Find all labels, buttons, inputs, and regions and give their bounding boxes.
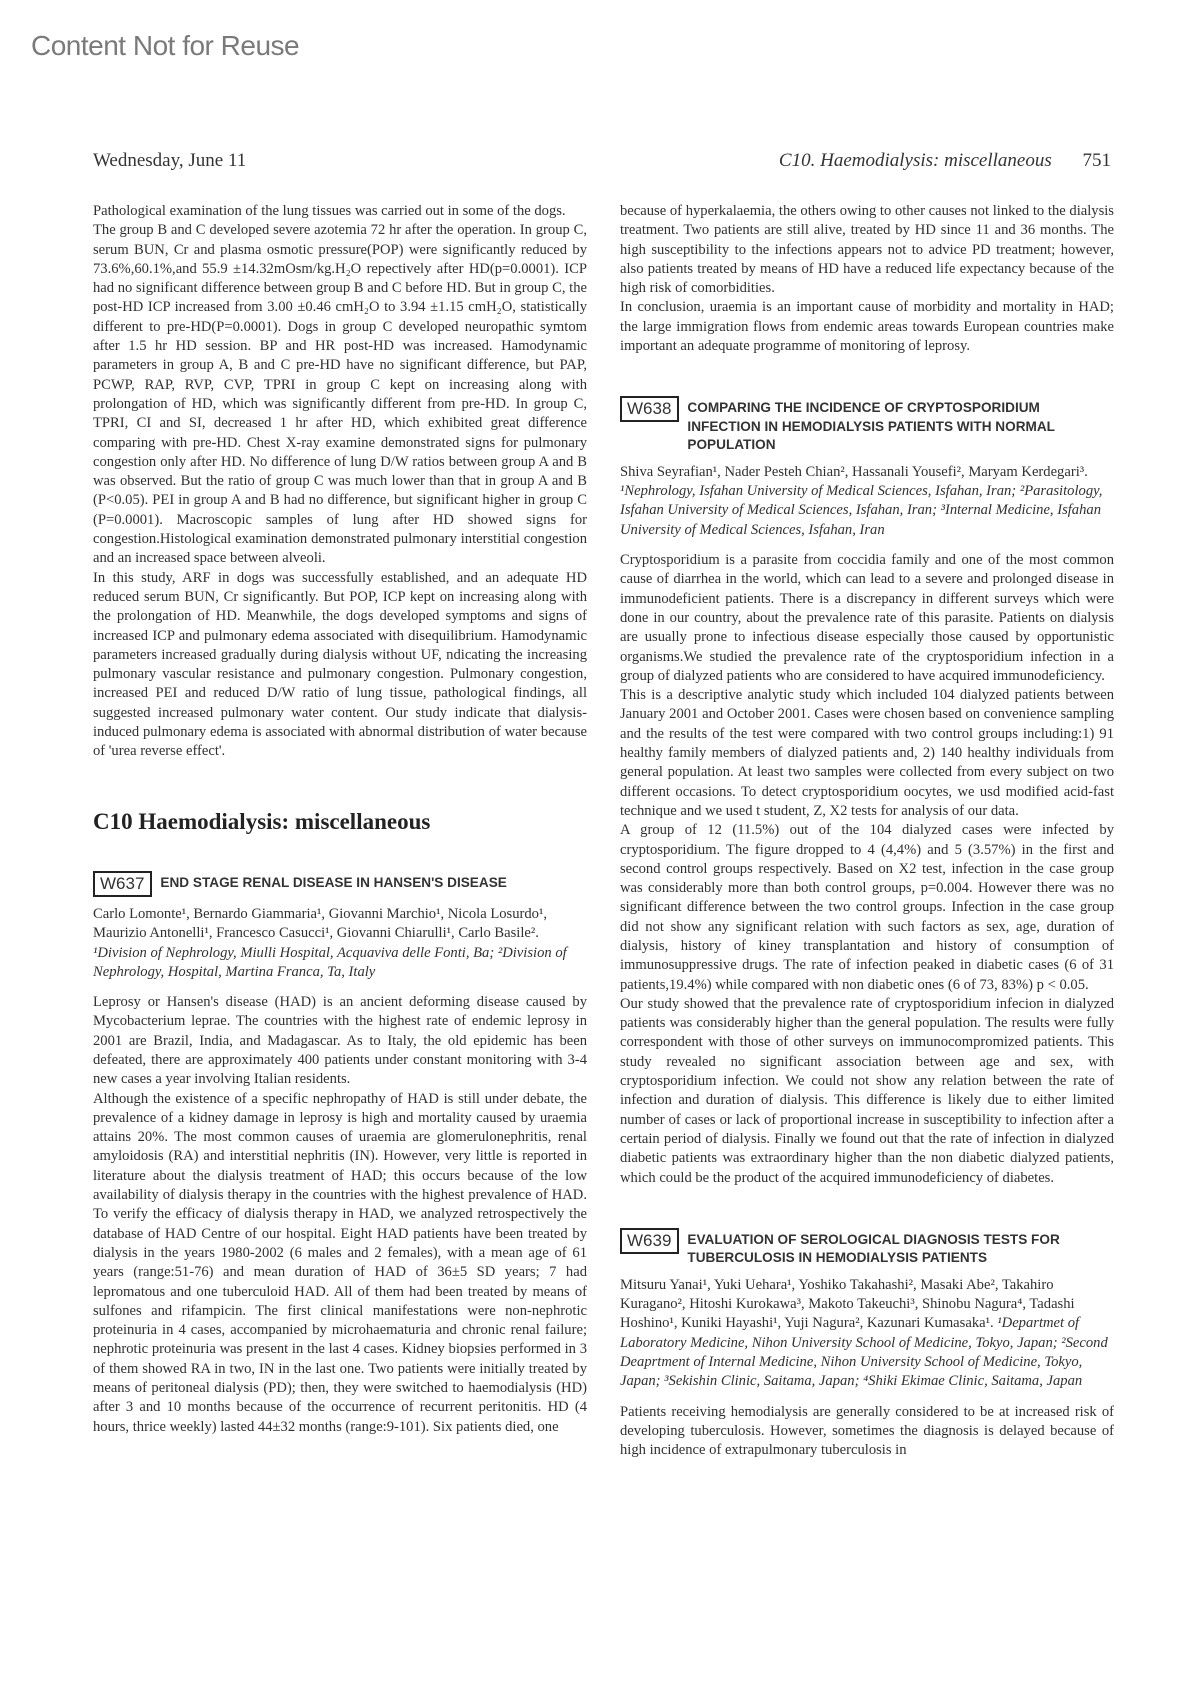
abstract-id-box: W639 xyxy=(620,1228,679,1254)
abstract-paragraph: Although the existence of a specific nep… xyxy=(93,1090,587,1437)
left-column: Pathological examination of the lung tis… xyxy=(93,202,587,1437)
abstract-id-box: W637 xyxy=(93,871,152,897)
author-block: Shiva Seyrafian¹, Nader Pesteh Chian², H… xyxy=(620,463,1114,540)
abstract-w637: W637 END STAGE RENAL DISEASE IN HANSEN'S… xyxy=(93,871,587,1437)
abstract-paragraph: This is a descriptive analytic study whi… xyxy=(620,686,1114,821)
abstract-w639: W639 EVALUATION OF SEROLOGICAL DIAGNOSIS… xyxy=(620,1228,1114,1461)
abstract-paragraph: In conclusion, uraemia is an important c… xyxy=(620,298,1114,356)
section-title: C10 Haemodialysis: miscellaneous xyxy=(93,812,587,831)
page-number: 751 xyxy=(1083,150,1112,171)
body-paragraph: The group B and C developed severe azote… xyxy=(93,221,587,568)
abstract-heading: W637 END STAGE RENAL DISEASE IN HANSEN'S… xyxy=(93,871,587,897)
abstract-title: END STAGE RENAL DISEASE IN HANSEN'S DISE… xyxy=(160,871,506,893)
abstract-w638: W638 COMPARING THE INCIDENCE OF CRYPTOSP… xyxy=(620,396,1114,1187)
abstract-paragraph: Patients receiving hemodialysis are gene… xyxy=(620,1403,1114,1461)
abstract-paragraph: Cryptosporidium is a parasite from cocci… xyxy=(620,551,1114,686)
affiliations: ¹Division of Nephrology, Miulli Hospital… xyxy=(93,945,567,980)
affiliations: ¹Nephrology, Isfahan University of Medic… xyxy=(620,483,1102,538)
header-section: C10. Haemodialysis: miscellaneous xyxy=(779,150,1052,171)
abstract-title: COMPARING THE INCIDENCE OF CRYPTOSPORIDI… xyxy=(687,396,1114,455)
body-paragraph: In this study, ARF in dogs was successfu… xyxy=(93,569,587,762)
abstract-paragraph: because of hyperkalaemia, the others owi… xyxy=(620,202,1114,298)
abstract-id-box: W638 xyxy=(620,396,679,422)
abstract-title: EVALUATION OF SEROLOGICAL DIAGNOSIS TEST… xyxy=(687,1228,1114,1268)
abstract-heading: W638 COMPARING THE INCIDENCE OF CRYPTOSP… xyxy=(620,396,1114,455)
spacer xyxy=(620,356,1114,396)
abstract-paragraph: Our study showed that the prevalence rat… xyxy=(620,995,1114,1188)
right-column: because of hyperkalaemia, the others owi… xyxy=(620,202,1114,1461)
abstract-paragraph: A group of 12 (11.5%) out of the 104 dia… xyxy=(620,821,1114,995)
body-paragraph: Pathological examination of the lung tis… xyxy=(93,202,587,221)
header-date: Wednesday, June 11 xyxy=(93,150,246,172)
author-block: Carlo Lomonte¹, Bernardo Giammaria¹, Gio… xyxy=(93,905,587,982)
abstract-paragraph: Leprosy or Hansen's disease (HAD) is an … xyxy=(93,993,587,1089)
header-right: C10. Haemodialysis: miscellaneous 751 xyxy=(779,150,1111,172)
authors: Shiva Seyrafian¹, Nader Pesteh Chian², H… xyxy=(620,464,1088,480)
spacer xyxy=(620,1188,1114,1228)
watermark: Content Not for Reuse xyxy=(31,30,299,62)
authors: Carlo Lomonte¹, Bernardo Giammaria¹, Gio… xyxy=(93,906,547,941)
abstract-heading: W639 EVALUATION OF SEROLOGICAL DIAGNOSIS… xyxy=(620,1228,1114,1268)
author-block: Mitsuru Yanai¹, Yuki Uehara¹, Yoshiko Ta… xyxy=(620,1276,1114,1392)
